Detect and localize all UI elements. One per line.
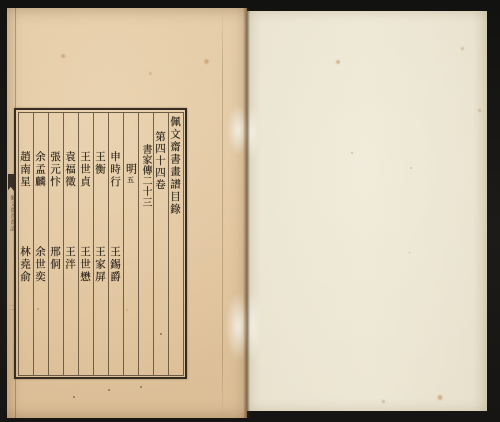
name-bottom-text: 王家屏: [93, 246, 108, 284]
name-column: 張元忭 邢侗: [49, 113, 64, 375]
catalog-frame-inner: 佩文齋書畫譜目錄 第四十四卷 書家傳二十三 明五 申時行 王錫爵 王衡: [18, 112, 184, 376]
dynasty-part-label: 五: [127, 176, 135, 183]
foxing-spot: [436, 394, 444, 401]
column-dynasty: 明五: [124, 113, 139, 375]
crease-line: [222, 8, 223, 418]
foxing-spot: [381, 399, 386, 404]
name-bottom-text: 王錫爵: [108, 246, 123, 284]
foxing-spot: [203, 58, 210, 65]
name-column: 趙南星 林堯俞: [19, 113, 34, 375]
name-top-text: 申時行: [108, 151, 123, 189]
right-page: [247, 11, 487, 411]
foxing-spot: [460, 46, 465, 51]
column-catalog-title: 佩文齋書畫譜目錄: [169, 113, 183, 375]
dynasty-label: 明: [125, 163, 138, 174]
center-seam: [243, 8, 250, 418]
foxing-spot: [60, 53, 66, 59]
name-top-text: 趙南星: [18, 151, 33, 189]
foxing-spot: [148, 71, 153, 76]
ink-speck: [108, 389, 110, 391]
dynasty-text: 明五: [123, 163, 139, 183]
foxing-spot: [408, 251, 411, 254]
catalog-title-text: 佩文齋書畫譜目錄: [168, 116, 183, 216]
name-column: 王世貞 王世懋: [79, 113, 94, 375]
ink-speck: [351, 152, 353, 154]
name-bottom-text: 邢侗: [48, 246, 63, 271]
book-scan-background: 佩文齋書畫譜 二 佩文齋書畫譜目錄 第四十四卷 書家傳二十三 明五 申: [0, 0, 500, 422]
column-volume: 第四十四卷: [154, 113, 169, 375]
ink-speck: [140, 386, 142, 388]
name-bottom-text: 林堯俞: [18, 246, 33, 284]
ink-speck: [37, 308, 39, 310]
section-text: 書家傳二十三: [138, 144, 153, 208]
name-bottom-text: 王泮: [63, 246, 78, 271]
name-top-text: 袁福徵: [63, 151, 78, 189]
ink-speck: [160, 333, 162, 335]
name-bottom-text: 余世奕: [33, 246, 48, 284]
name-bottom-text: 王世懋: [78, 246, 93, 284]
column-section: 書家傳二十三: [139, 113, 154, 375]
name-column: 申時行 王錫爵: [109, 113, 124, 375]
name-top-text: 王世貞: [78, 151, 93, 189]
name-column: 余孟麟 余世奕: [34, 113, 49, 375]
name-column: 袁福徵 王泮: [64, 113, 79, 375]
volume-text: 第四十四卷: [153, 131, 168, 191]
ink-speck: [410, 167, 412, 169]
foxing-spot: [335, 59, 341, 65]
foxing-spot: [125, 308, 129, 312]
name-top-text: 余孟麟: [33, 151, 48, 189]
name-top-text: 張元忭: [48, 151, 63, 189]
ink-speck: [73, 396, 75, 398]
foxing-spot: [477, 108, 482, 113]
catalog-frame: 佩文齋書畫譜目錄 第四十四卷 書家傳二十三 明五 申時行 王錫爵 王衡: [14, 108, 187, 379]
name-column: 王衡 王家屏: [94, 113, 109, 375]
name-top-text: 王衡: [93, 151, 108, 176]
left-page: 佩文齋書畫譜 二 佩文齋書畫譜目錄 第四十四卷 書家傳二十三 明五 申: [7, 8, 247, 418]
